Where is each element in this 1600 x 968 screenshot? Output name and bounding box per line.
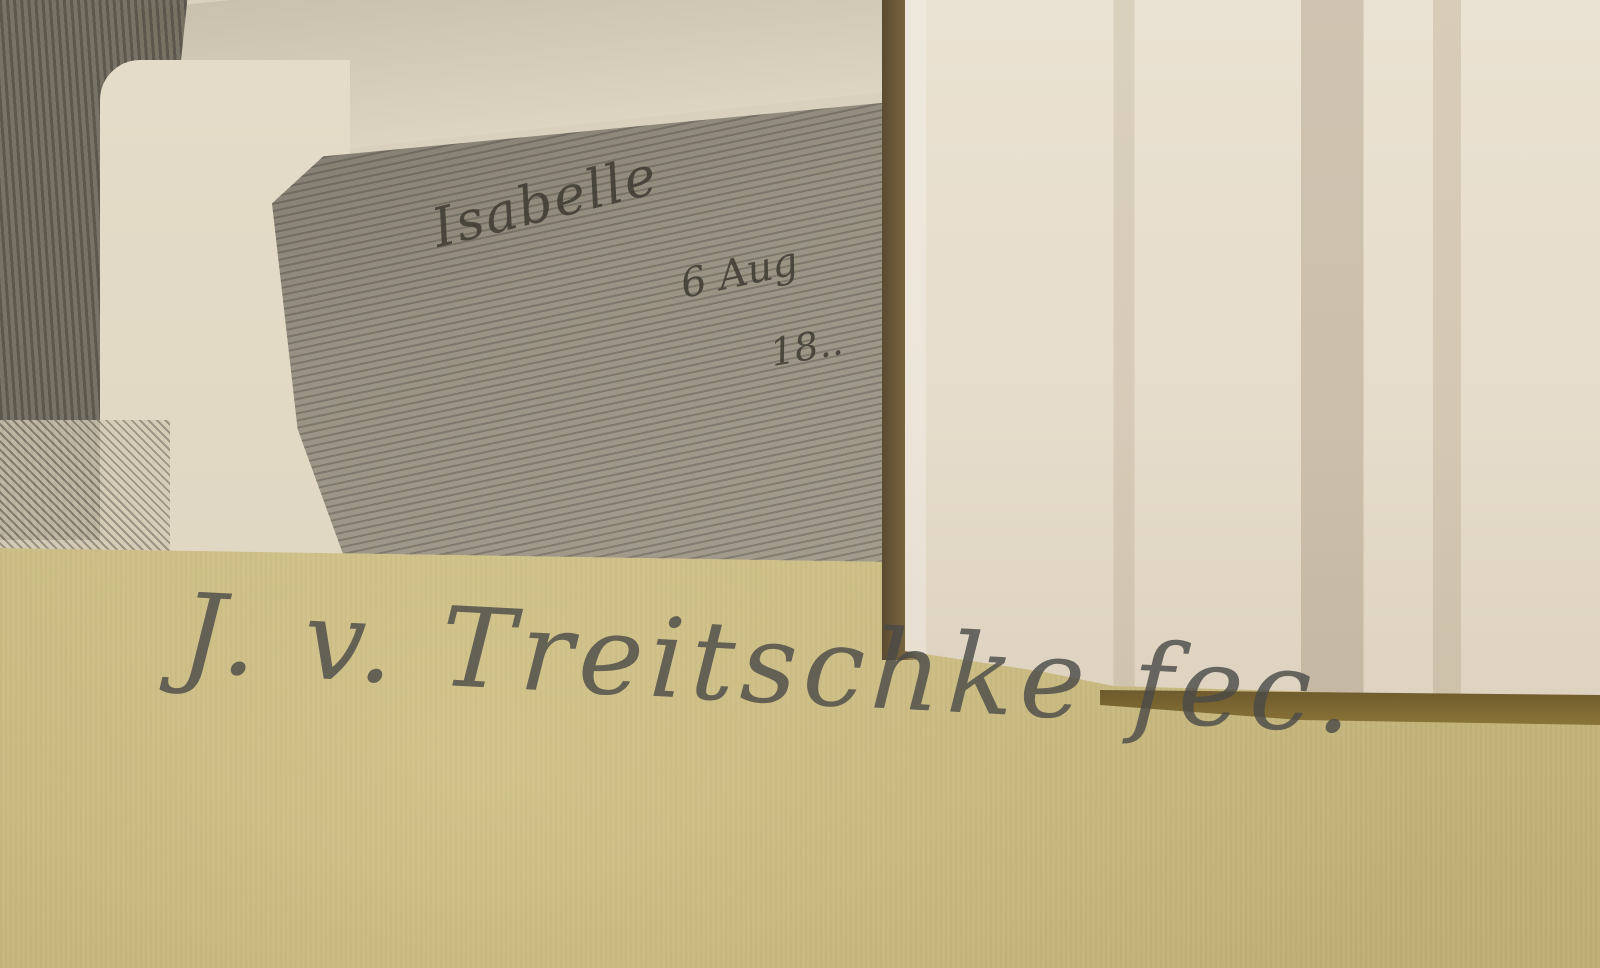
pencil-drawing-sheet: Isabelle 6 Aug 18.. [0, 0, 900, 562]
photo-scene: Isabelle 6 Aug 18.. J. v. Treitschke fec… [0, 0, 1600, 968]
drawing-hatching [0, 420, 170, 562]
tissue-paper-overlay [905, 0, 1600, 700]
